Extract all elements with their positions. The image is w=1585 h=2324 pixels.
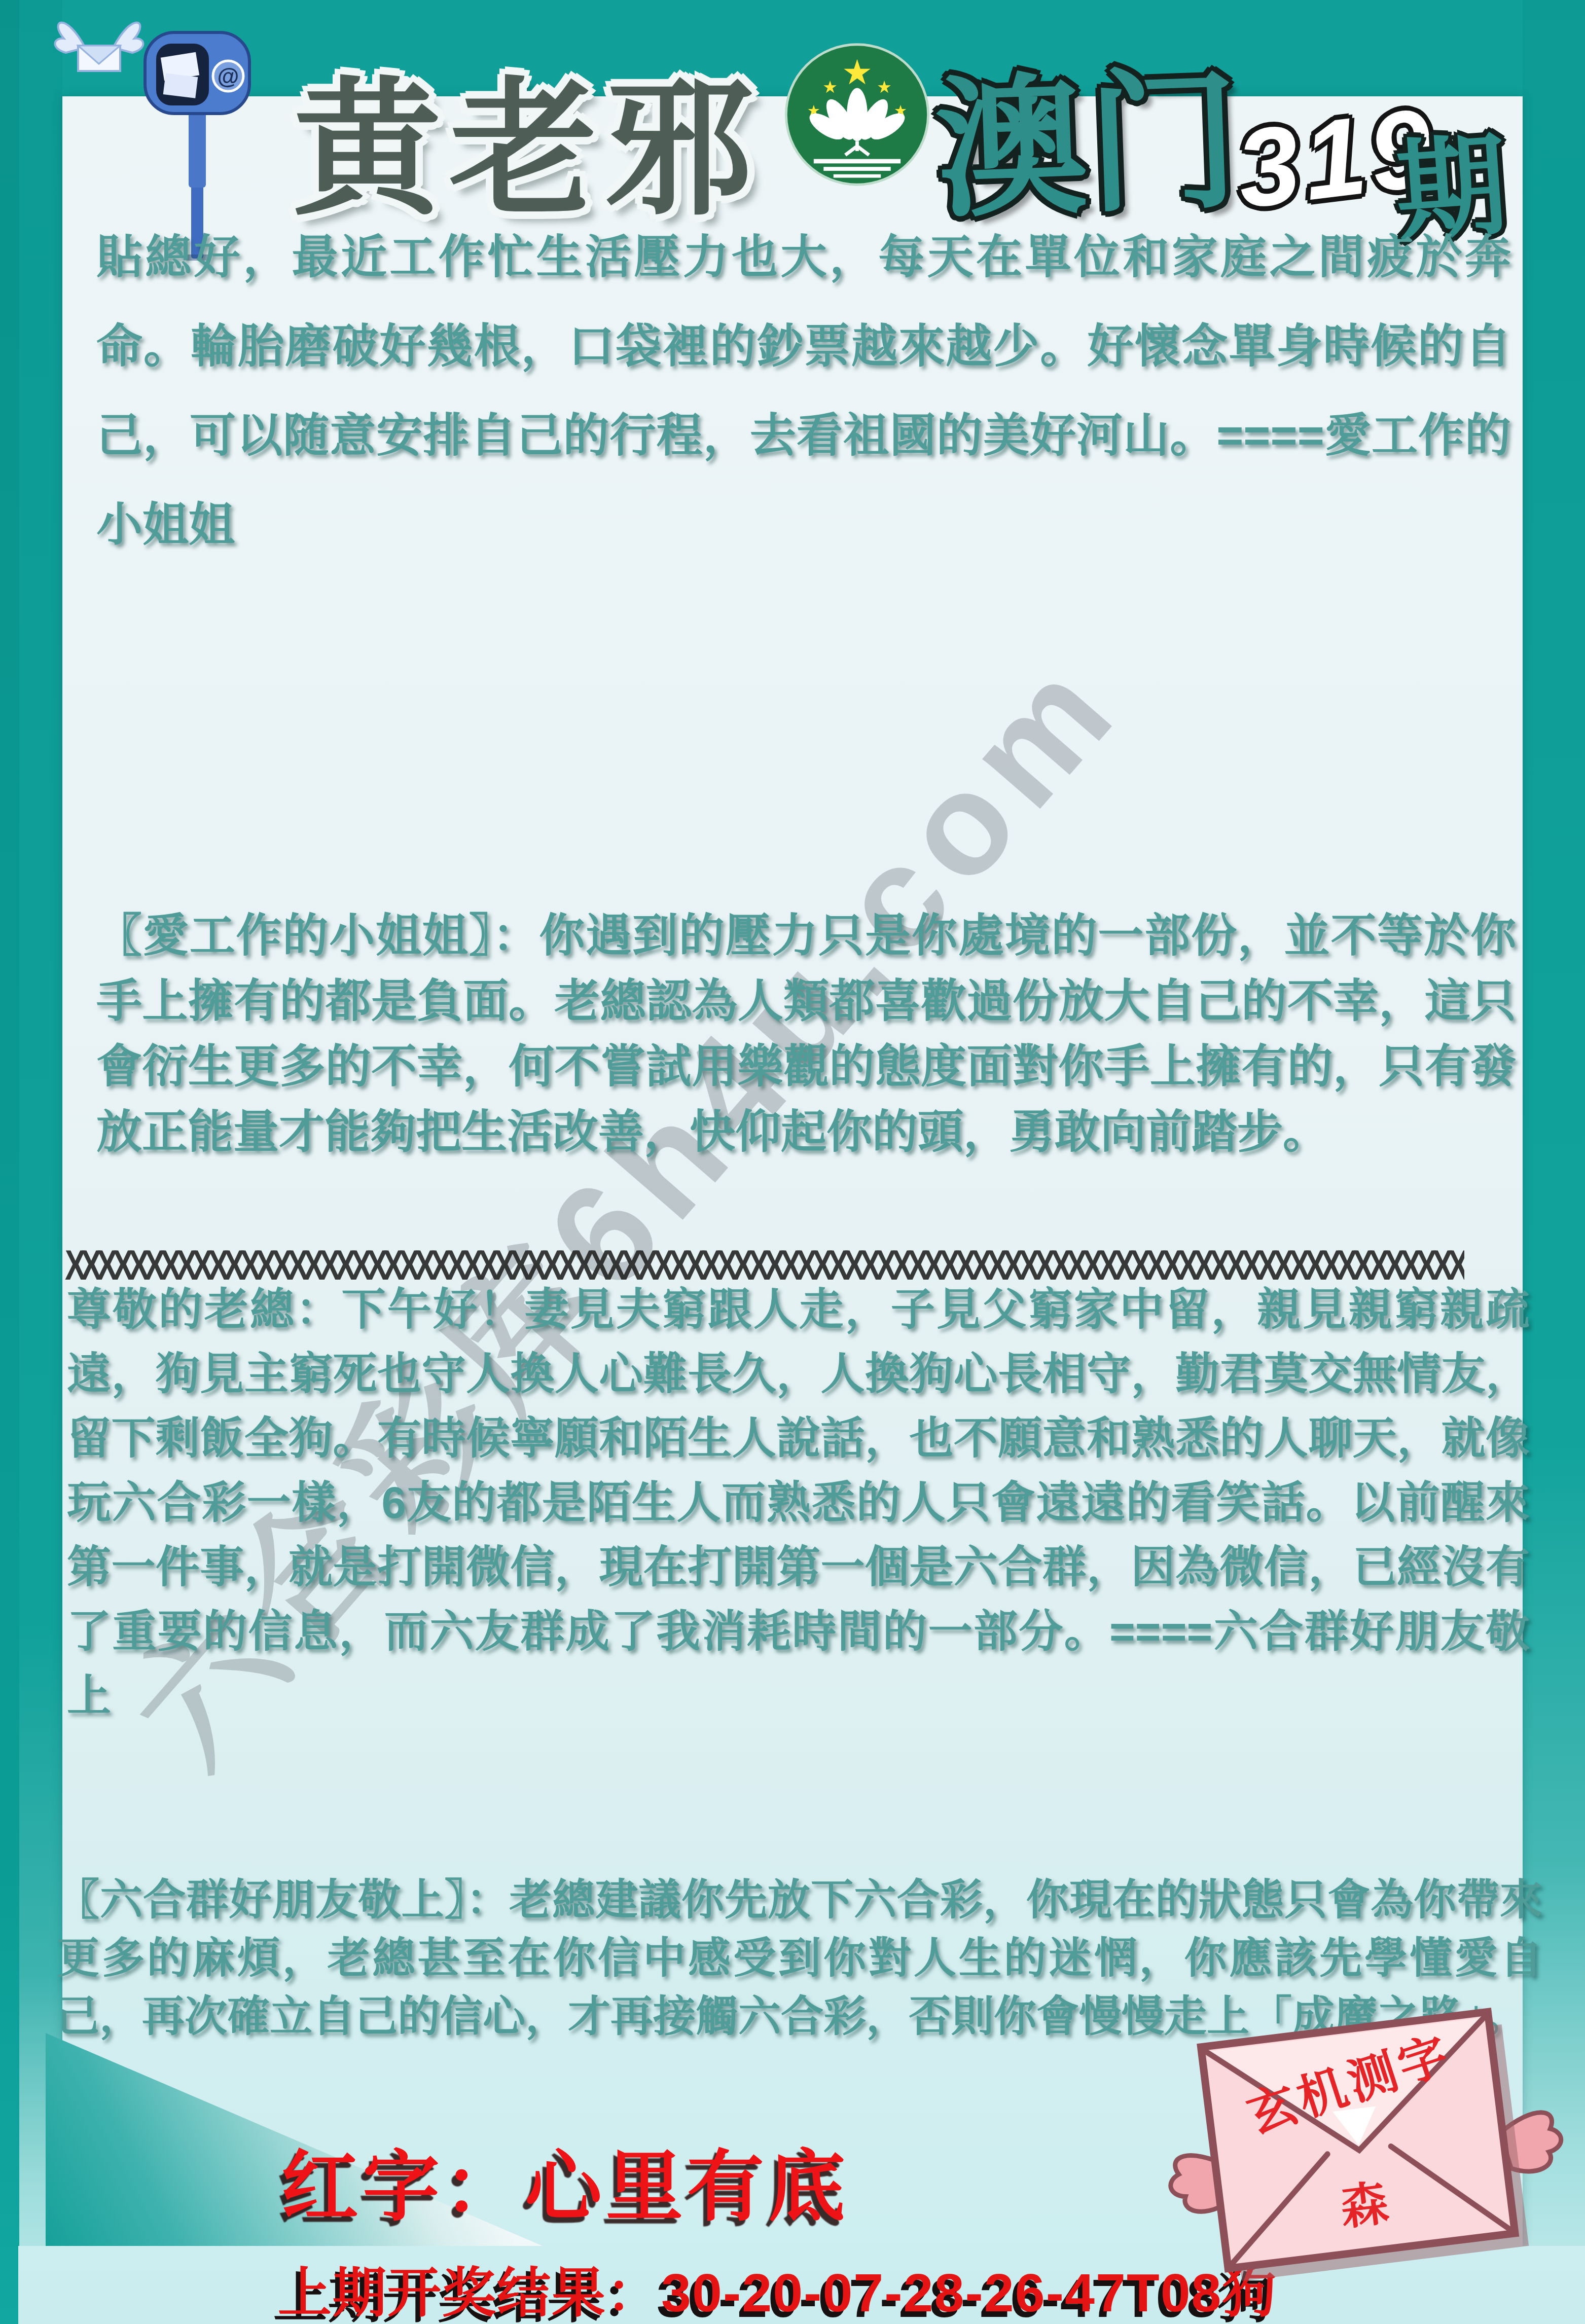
reader-letter-1: 貼總好，最近工作忙生活壓力也大，每天在單位和家庭之間疲於奔命。輪胎磨破好幾根，口… [96,213,1511,570]
previous-draw-numbers: 30-20-07-28-26-47 [661,2263,1127,2323]
previous-draw-result: 上期开奖结果：30-20-07-28-26-47T08狗 [278,2250,1277,2324]
poster-canvas: @ 黄老邪 ★ ★ ★ ★ ★ 澳门 319 期 貼總好，最近工作忙生活壓力也大… [0,0,1585,2324]
site-title: 黄老邪 [293,30,762,243]
svg-text:★: ★ [822,78,838,97]
reader-letter-2: 尊敬的老總：下午好！妻見夫窮跟人走，子見父窮家中留，親見親窮親疏遠，狗見主窮死也… [67,1278,1530,1728]
svg-text:@: @ [218,64,239,89]
svg-text:★: ★ [877,78,892,97]
master-reply-1: 〖愛工作的小姐姐〗：你遇到的壓力只是你處境的一部份，並不等於你手上擁有的都是負面… [96,903,1516,1165]
envelope-seal-character: 森 [1338,2176,1391,2235]
previous-draw-label: 上期开奖结果： [278,2263,661,2323]
red-hint-text: 红字：心里有底 [281,2125,849,2236]
svg-text:★: ★ [842,53,873,92]
macau-lotus-logo: ★ ★ ★ ★ ★ [782,41,932,189]
frame-left-border [0,0,62,2324]
winged-mail-seal-icon: 玄机测字 森 [1159,1992,1569,2312]
